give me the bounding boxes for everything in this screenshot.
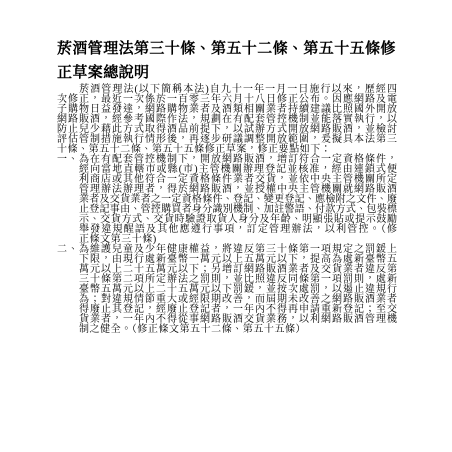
- item-two-last-line: 制之健全。（修正條文第五十二條、第五十五條）: [57, 325, 397, 335]
- intro-paragraph: 菸酒管理法(以下簡稱本法)自九十一年一月一日施行以來，歷經四次修正，最近一次係於…: [57, 85, 397, 155]
- document-body: 菸酒管理法(以下簡稱本法)自九十一年一月一日施行以來，歷經四次修正，最近一次係於…: [57, 85, 397, 335]
- document-title: 菸酒管理法第三十條、第五十二條、第五十五條修正草案總說明: [57, 37, 397, 85]
- list-item-one: 一、為在有配套管控機制下，開放網路販酒，增訂符合一定資格條件， 經向當地直轄市或…: [57, 155, 397, 245]
- document-page: 菸酒管理法第三十條、第五十二條、第五十五條修正草案總說明 菸酒管理法(以下簡稱本…: [0, 0, 452, 452]
- document-title-line: 菸酒管理法第三十條、第五十二條、第五十五條修: [57, 37, 397, 61]
- list-item-two: 二、為維護兒童及少年健康權益，將違反第三十條第一項規定之罰鍰上 下限，由現行處新…: [57, 245, 397, 335]
- document-title-line: 正草案總說明: [57, 61, 397, 85]
